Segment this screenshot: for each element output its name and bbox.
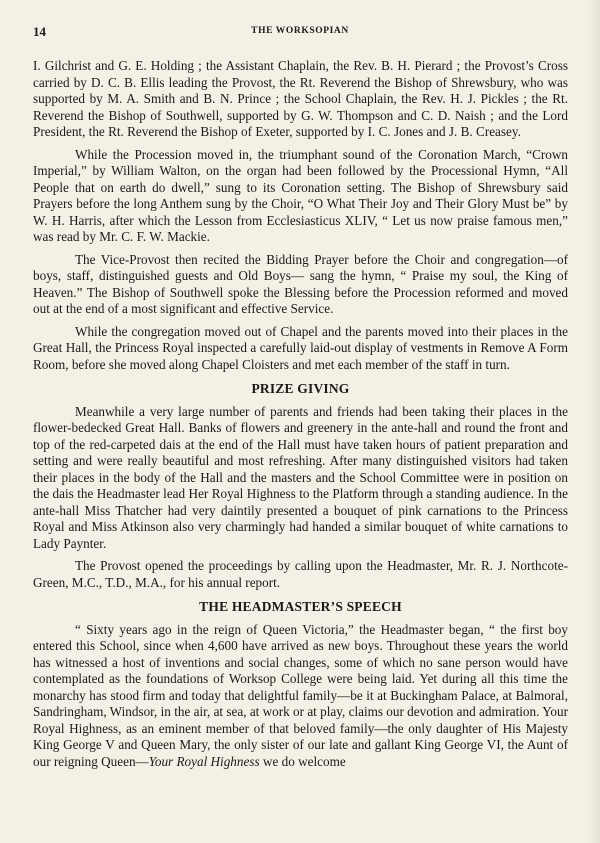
section-heading-headmasters-speech: THE HEADMASTER’S SPEECH [33,599,568,616]
paragraph-princess-inspection: While the congregation moved out of Chap… [33,324,568,374]
speech-italic-text: Your Royal Highness [149,754,260,769]
page-body: I. Gilchrist and G. E. Holding ; the Ass… [33,58,568,776]
page-header: 14 THE WORKSOPIAN [33,24,567,38]
speech-text-tail: we do welcome [260,754,346,769]
paragraph-speech-opening: “ Sixty years ago in the reign of Queen … [33,622,568,771]
page-edge-shadow [588,0,600,843]
section-heading-prize-giving: PRIZE GIVING [33,381,568,398]
paragraph-procession-continued: I. Gilchrist and G. E. Holding ; the Ass… [33,58,568,141]
paragraph-procession-music: While the Procession moved in, the trium… [33,147,568,246]
running-title: THE WORKSOPIAN [33,26,567,36]
paragraph-provost-opening: The Provost opened the proceedings by ca… [33,558,568,591]
speech-text: “ Sixty years ago in the reign of Queen … [33,622,568,769]
paragraph-great-hall: Meanwhile a very large number of parents… [33,404,568,553]
paragraph-bidding-prayer: The Vice-Provost then recited the Biddin… [33,252,568,318]
